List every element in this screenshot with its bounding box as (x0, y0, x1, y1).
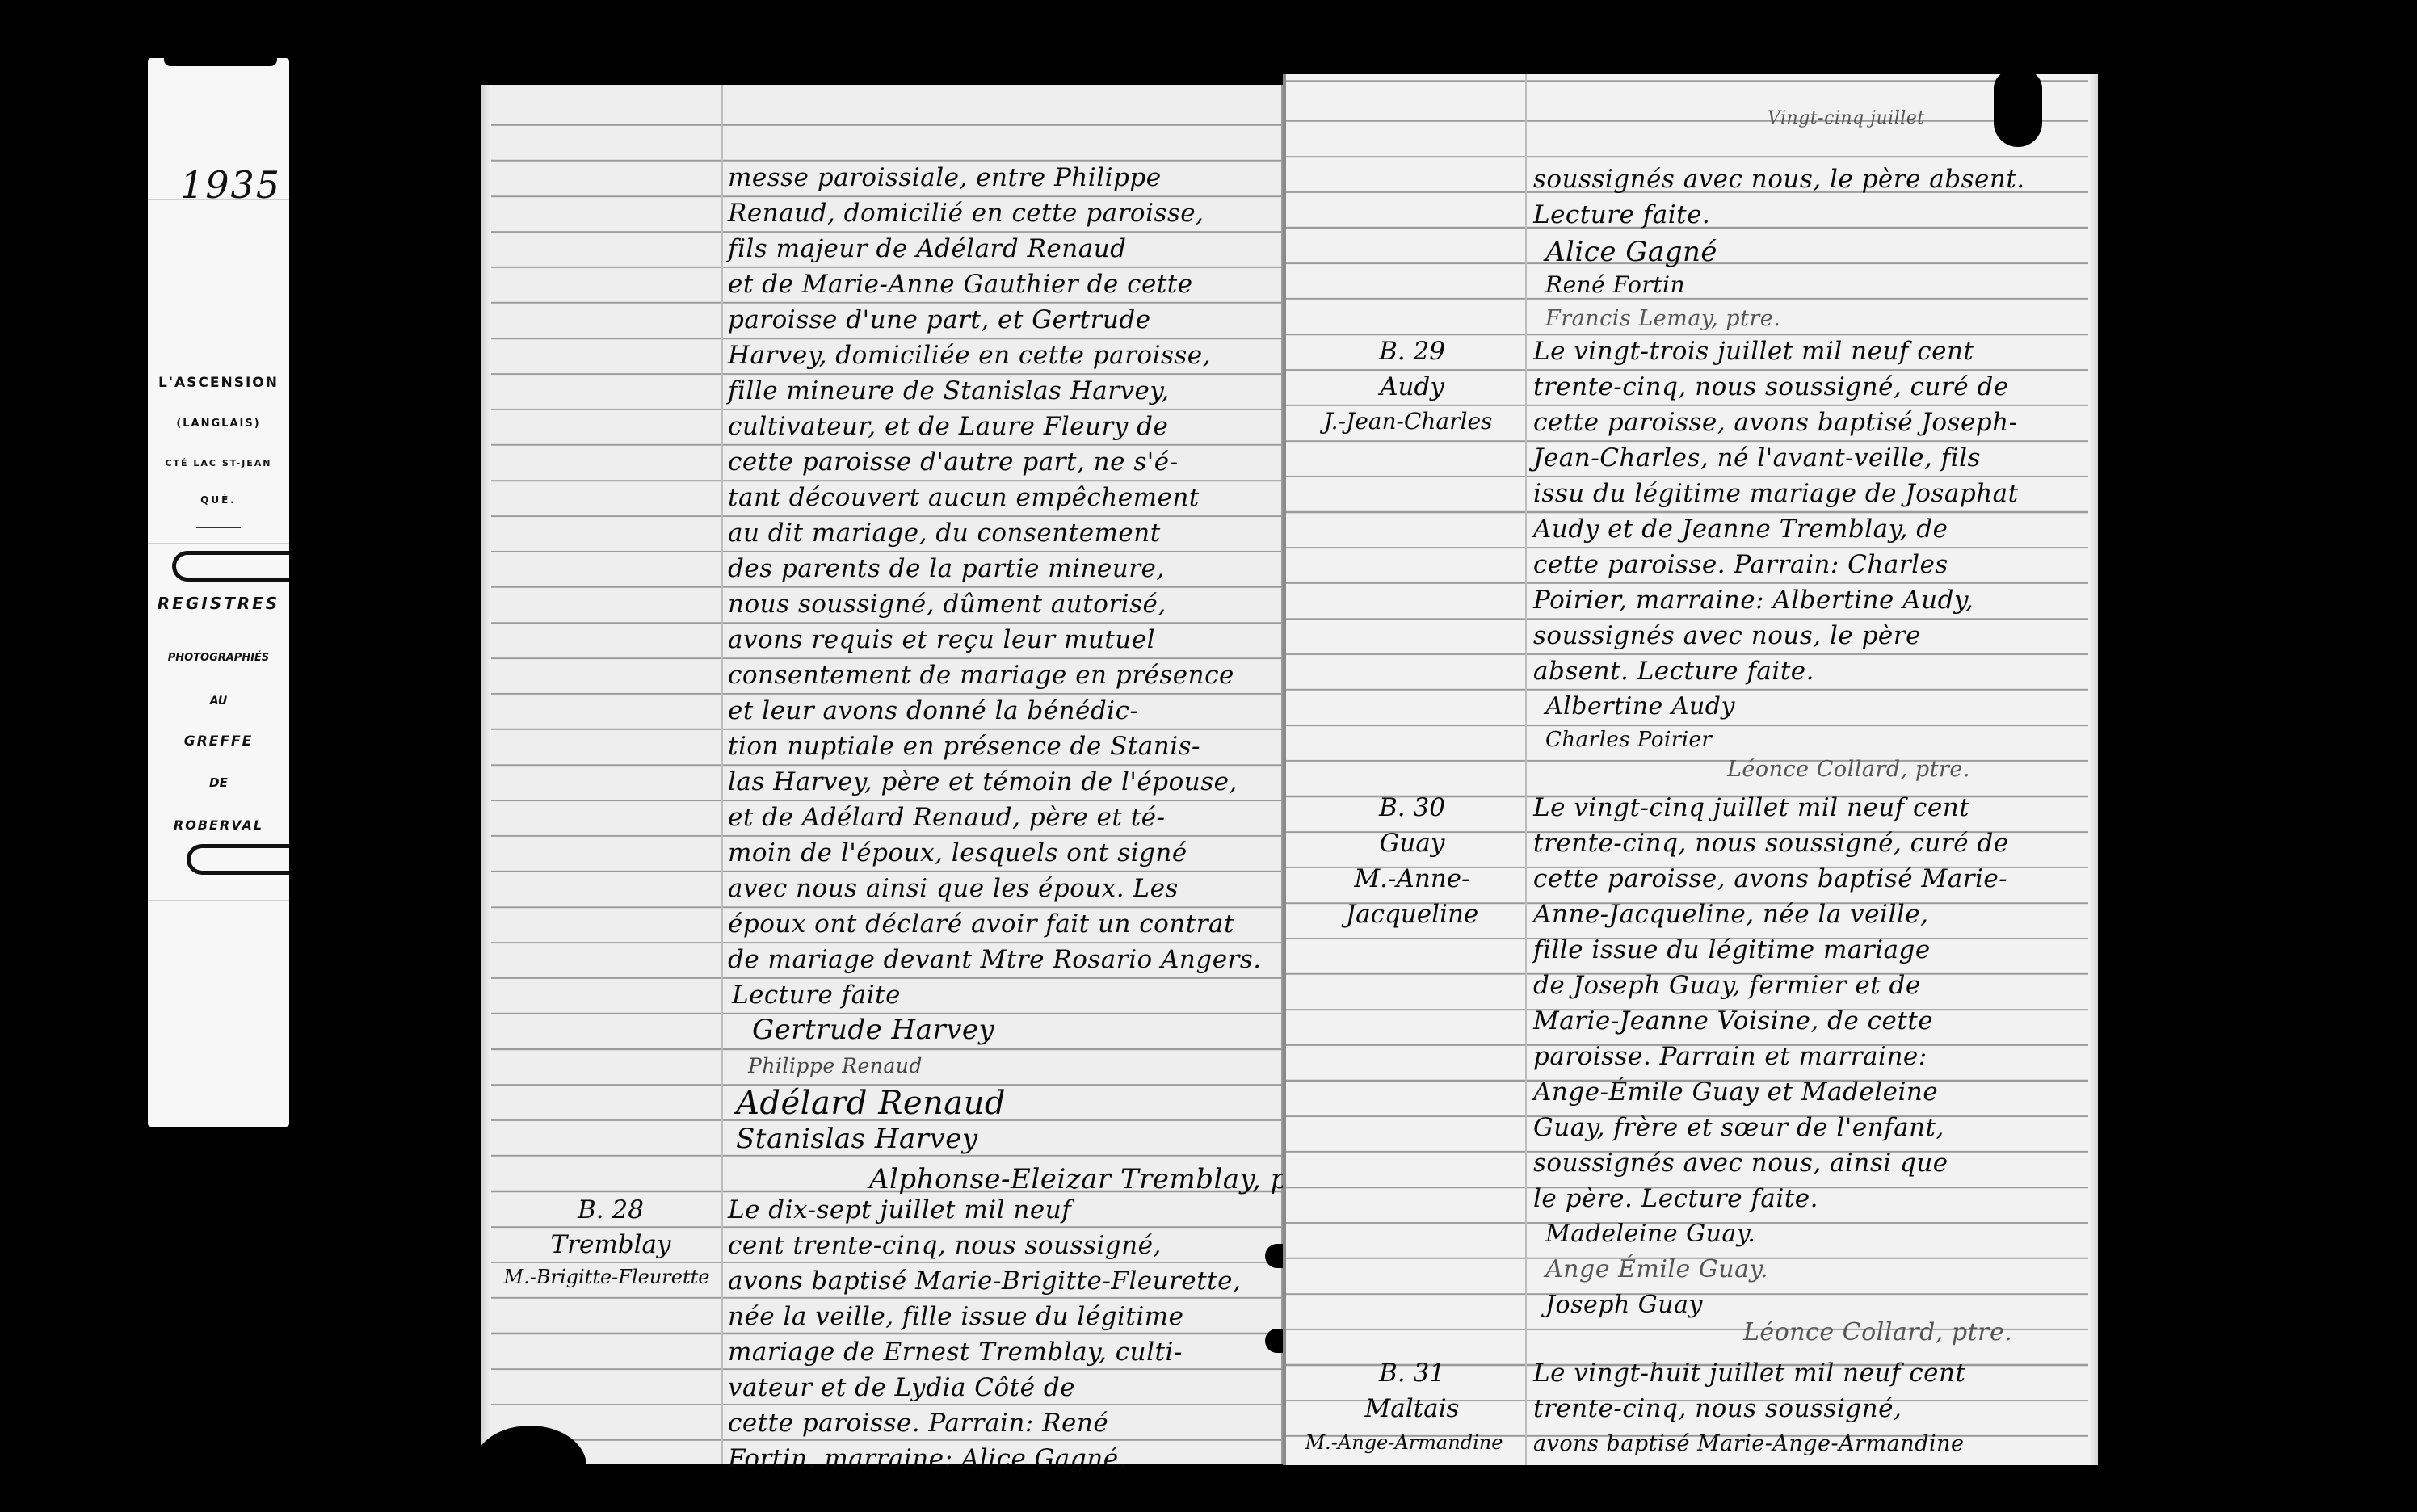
parish-county: CTÉ LAC ST-JEAN (148, 458, 289, 468)
priest-signature: Léonce Collard, ptre. (1727, 757, 1970, 782)
strip-mark (196, 527, 241, 528)
text-line: moin de l'époux, lesquels ont signé (728, 838, 1187, 867)
text-line: Marie-Jeanne Voisine, de cette (1533, 1006, 1933, 1035)
text-line: cent trente-cinq, nous soussigné, (728, 1231, 1162, 1260)
signature: Joseph Guay (1545, 1291, 1703, 1319)
text-line: des parents de la partie mineure, (728, 554, 1165, 583)
signature: Madeleine Guay. (1545, 1220, 1755, 1248)
text-line: Harvey, domiciliée en cette paroisse, (728, 341, 1211, 370)
entry-given-name: M.-Brigitte-Fleurette (494, 1266, 720, 1288)
ink-blot (1994, 70, 2042, 147)
header-note: Vingt-cinq juillet (1768, 108, 1925, 128)
signature: Adélard Renaud (736, 1085, 1006, 1122)
text-line: Lecture faite. (1533, 200, 1710, 229)
registry-line: GREFFE (148, 733, 289, 750)
strip-divider (148, 543, 289, 544)
entry-given-name: Jacqueline (1315, 900, 1509, 929)
page-edge (2088, 74, 2098, 1465)
strip-divider (148, 199, 289, 200)
text-line: Renaud, domicilié en cette paroisse, (728, 199, 1204, 228)
text-line: Ange-Émile Guay et Madeleine (1533, 1077, 1938, 1107)
signature: Alice Gagné (1545, 236, 1717, 268)
text-line: Le dix-sept juillet mil neuf (728, 1195, 1071, 1224)
text-line: avons baptisé Marie-Ange-Armandine (1533, 1431, 1964, 1456)
parish-name: L'ASCENSION (148, 375, 289, 391)
text-line: Lecture faite (732, 981, 901, 1010)
entry-surname: Guay (1331, 829, 1493, 858)
registry-line: PHOTOGRAPHIÉS (148, 652, 289, 664)
registry-line: ROBERVAL (148, 817, 289, 833)
text-line: Guay, frère et sœur de l'enfant, (1533, 1113, 1944, 1142)
entry-given-name: J.-Jean-Charles (1291, 408, 1525, 435)
signature: Albertine Audy (1545, 692, 1735, 720)
text-line: messe paroissiale, entre Philippe (728, 163, 1162, 192)
text-line: cette paroisse. Parrain: Charles (1533, 550, 1948, 579)
text-line: Poirier, marraine: Albertine Audy, (1533, 586, 1974, 615)
entry-given-name: M.-Ange-Armandine (1283, 1431, 1525, 1454)
registry-line: DE (148, 775, 289, 790)
entry-given-name: M.-Anne- (1315, 864, 1509, 893)
text-line: au dit mariage, du consentement (728, 519, 1161, 548)
page-edge (481, 85, 491, 1464)
text-line: fille issue du légitime mariage (1533, 935, 1931, 964)
text-line: nous soussigné, dûment autorisé, (728, 590, 1166, 619)
entry-surname: Audy (1331, 372, 1493, 401)
entry-number: B. 28 (530, 1195, 691, 1224)
text-line: le père. Lecture faite. (1533, 1184, 1818, 1213)
text-line: trente-cinq, nous soussigné, (1533, 1394, 1902, 1423)
register-page-left: messe paroissiale, entre Philippe Renaud… (481, 85, 1283, 1464)
entry-surname: Maltais (1331, 1394, 1493, 1423)
paper-clip-icon (187, 844, 289, 875)
text-line: de mariage devant Mtre Rosario Angers. (728, 945, 1262, 974)
text-line: absent. Lecture faite. (1533, 657, 1814, 686)
entry-number: B. 31 (1331, 1359, 1493, 1388)
text-line: mariage de Ernest Tremblay, culti- (728, 1338, 1183, 1367)
text-line: issu du légitime mariage de Josaphat (1533, 479, 2019, 508)
signature: René Fortin (1545, 271, 1685, 298)
text-line: Le vingt-cinq juillet mil neuf cent (1533, 793, 1969, 822)
text-line: fille mineure de Stanislas Harvey, (728, 376, 1170, 405)
text-line: las Harvey, père et témoin de l'épouse, (728, 767, 1238, 796)
text-line: Jean-Charles, né l'avant-veille, fils (1533, 443, 1981, 472)
archive-label-strip: 1935 L'ASCENSION (LANGLAIS) CTÉ LAC ST-J… (148, 58, 289, 1127)
strip-divider (148, 900, 289, 901)
text-line: trente-cinq, nous soussigné, curé de (1533, 829, 2009, 858)
text-line: trente-cinq, nous soussigné, curé de (1533, 372, 2009, 401)
signature: Gertrude Harvey (752, 1014, 994, 1046)
entry-surname: Tremblay (514, 1230, 708, 1259)
entry-number: B. 30 (1331, 793, 1493, 822)
signature: Ange Émile Guay. (1545, 1255, 1768, 1283)
page-corner-shadow (473, 1426, 586, 1506)
text-line: avons baptisé Marie-Brigitte-Fleurette, (728, 1266, 1241, 1296)
text-line: tant découvert aucun empêchement (728, 483, 1200, 512)
text-line: Anne-Jacqueline, née la veille, (1533, 900, 1928, 929)
text-line: consentement de mariage en présence (728, 661, 1234, 690)
signature: Stanislas Harvey (736, 1123, 978, 1155)
text-line: de Joseph Guay, fermier et de (1533, 971, 1921, 1000)
signature: Charles Poirier (1545, 728, 1712, 752)
parish-province: QUÉ. (148, 494, 289, 506)
parish-locality: (LANGLAIS) (148, 418, 289, 430)
text-line: cultivateur, et de Laure Fleury de (728, 412, 1168, 441)
registry-line: AU (148, 695, 289, 708)
text-line: et de Marie-Anne Gauthier de cette (728, 270, 1193, 299)
text-line: Le vingt-huit juillet mil neuf cent (1533, 1359, 1965, 1388)
registry-heading: REGISTRES (148, 594, 289, 613)
text-line: soussignés avec nous, ainsi que (1533, 1149, 1948, 1178)
text-line: soussignés avec nous, le père (1533, 621, 1921, 650)
text-line: et leur avons donné la bénédic- (728, 696, 1138, 725)
register-page-right: Vingt-cinq juillet soussignés avec nous,… (1283, 74, 2098, 1465)
text-line: cette paroisse, avons baptisé Marie- (1533, 864, 2007, 893)
entry-number: B. 29 (1331, 337, 1493, 366)
signature: Philippe Renaud (748, 1054, 923, 1077)
text-line: cette paroisse, avons baptisé Joseph- (1533, 408, 2018, 437)
margin-rule (1525, 74, 1527, 1465)
priest-signature: Léonce Collard, ptre. (1743, 1318, 2012, 1346)
text-line: époux ont déclaré avoir fait un contrat (728, 909, 1234, 939)
text-line: avec nous ainsi que les époux. Les (728, 874, 1179, 903)
priest-signature: Alphonse-Eleizar Tremblay, ptre. (869, 1163, 1339, 1195)
priest-signature: Francis Lemay, ptre. (1545, 306, 1780, 331)
text-line: vateur et de Lydia Côté de (728, 1373, 1075, 1402)
margin-rule (721, 85, 723, 1464)
gutter-rule (1283, 74, 1286, 1465)
text-line: Le vingt-trois juillet mil neuf cent (1533, 337, 1974, 366)
text-line: fils majeur de Adélard Renaud (728, 234, 1127, 263)
strip-notch (164, 57, 277, 66)
text-line: cette paroisse. Parrain: René (728, 1409, 1108, 1438)
text-line: tion nuptiale en présence de Stanis- (728, 732, 1200, 761)
paper-clip-icon (172, 551, 289, 582)
text-line: soussignés avec nous, le père absent. (1533, 165, 2025, 194)
text-line: née la veille, fille issue du légitime (728, 1302, 1184, 1331)
text-line: avons requis et reçu leur mutuel (728, 625, 1155, 654)
text-line: Fortin, marraine: Alice Gagné, (728, 1444, 1127, 1473)
text-line: paroisse d'une part, et Gertrude (728, 305, 1151, 334)
text-line: Audy et de Jeanne Tremblay, de (1533, 514, 1948, 544)
text-line: et de Adélard Renaud, père et té- (728, 803, 1166, 832)
text-line: cette paroisse d'autre part, ne s'é- (728, 447, 1179, 477)
text-line: paroisse. Parrain et marraine: (1533, 1042, 1927, 1071)
